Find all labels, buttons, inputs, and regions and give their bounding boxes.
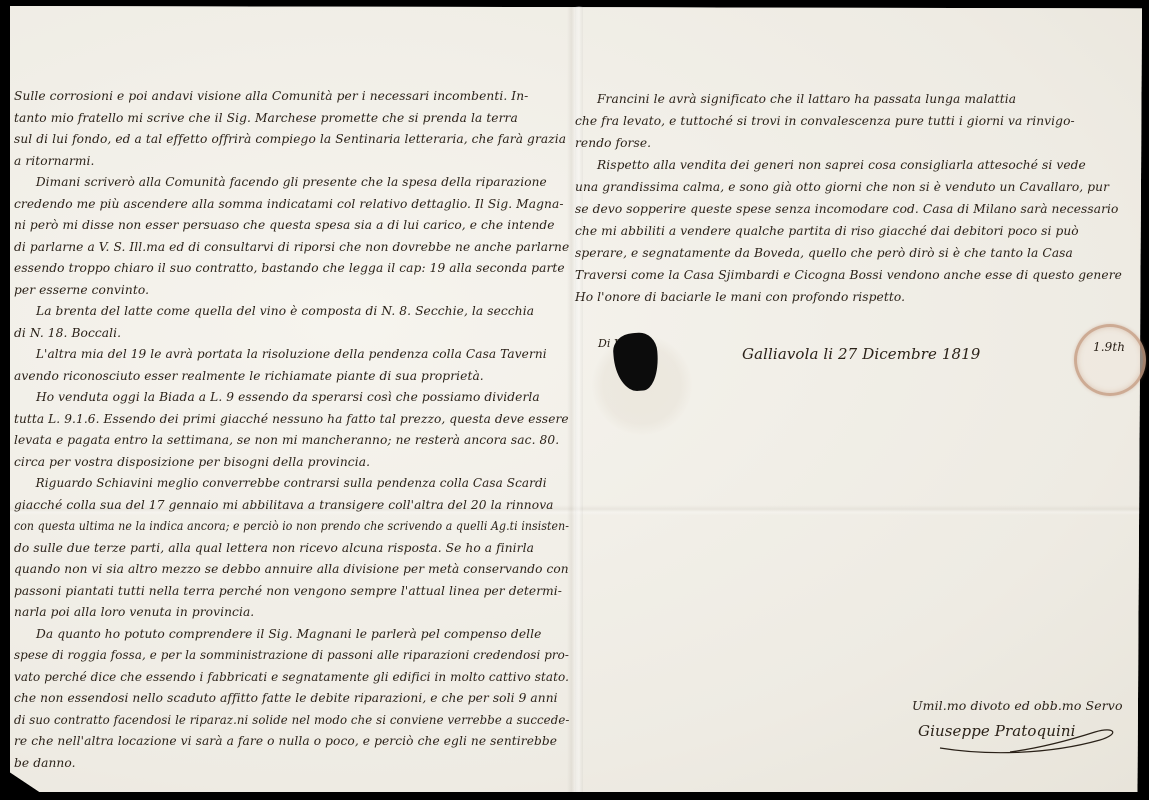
closing-salutation: Umil.mo divoto ed obb.mo Servo — [912, 698, 1123, 713]
ring-annotation: 1.9th — [1093, 340, 1125, 354]
text-line: quando non vi sia altro mezzo se debbo a… — [14, 559, 567, 581]
text-line: rendo forse. — [575, 132, 1130, 154]
text-line: Ho venduta oggi la Biada a L. 9 essendo … — [14, 387, 569, 409]
text-line: L'altra mia del 19 le avrà portata la ri… — [14, 344, 566, 366]
text-line: giacché colla sua del 17 gennaio mi abbi… — [14, 495, 569, 517]
text-line: essendo troppo chiaro il suo contratto, … — [14, 258, 569, 280]
text-line: Riguardo Schiavini meglio converrebbe co… — [14, 473, 560, 495]
text-line: per esserne convinto. — [14, 280, 569, 302]
text-line: che mi abbiliti a vendere qualche partit… — [575, 220, 1130, 242]
right-text-column: Francini le avrà significato che il latt… — [575, 88, 1130, 308]
text-line: levata e pagata entro la settimana, se n… — [14, 430, 569, 452]
text-line: re che nell'altra locazione vi sarà a fa… — [14, 731, 569, 753]
place-and-date: Galliavola li 27 Dicembre 1819 — [742, 345, 980, 363]
text-line: Traversi come la Casa Sjimbardi e Cicogn… — [575, 264, 1130, 286]
text-line: Francini le avrà significato che il latt… — [575, 88, 1130, 110]
text-line: Da quanto ho potuto comprendere il Sig. … — [14, 624, 569, 646]
text-line: Ho l'onore di baciarle le mani con profo… — [575, 286, 1130, 308]
text-line: do sulle due terze parti, alla qual lett… — [14, 538, 569, 560]
text-line: se devo sopperire queste spese senza inc… — [575, 198, 1130, 220]
text-line: Rispetto alla vendita dei generi non sap… — [575, 154, 1130, 176]
text-line: ni però mi disse non esser persuaso che … — [14, 215, 569, 237]
text-line: vato perché dice che essendo i fabbricat… — [14, 667, 559, 689]
text-line: di suo contratto facendosi le riparaz.ni… — [14, 710, 548, 732]
text-line: a ritornarmi. — [14, 151, 569, 173]
text-line: di parlarne a V. S. Ill.ma ed di consult… — [14, 237, 568, 259]
text-line: credendo me più ascendere alla somma ind… — [14, 194, 569, 216]
text-line: di N. 18. Boccali. — [14, 323, 569, 345]
text-line: sperare, e segnatamente da Boveda, quell… — [575, 242, 1130, 264]
text-line: che fra levato, e tuttoché si trovi in c… — [575, 110, 1130, 132]
text-line: Sulle corrosioni e poi andavi visione al… — [14, 86, 569, 108]
text-line: circa per vostra disposizione per bisogn… — [14, 452, 569, 474]
signature-flourish-icon — [930, 718, 1130, 758]
left-text-column: Sulle corrosioni e poi andavi visione al… — [14, 86, 569, 774]
text-line: tanto mio fratello mi scrive che il Sig.… — [14, 108, 569, 130]
text-line: be danno. — [14, 753, 569, 775]
ring-stain-mark — [1074, 324, 1146, 396]
text-line: tutta L. 9.1.6. Essendo dei primi giacch… — [14, 409, 567, 431]
text-line: che non essendosi nello scaduto affitto … — [14, 688, 569, 710]
text-line: avendo riconosciuto esser realmente le r… — [14, 366, 569, 388]
text-line: La brenta del latte come quella del vino… — [14, 301, 569, 323]
text-line: passoni piantati tutti nella terra perch… — [14, 581, 569, 603]
text-line: spese di roggia fossa, e per la somminis… — [14, 645, 553, 667]
text-line: narla poi alla loro venuta in provincia. — [14, 602, 569, 624]
text-line: Dimani scriverò alla Comunità facendo gl… — [14, 172, 565, 194]
text-line: sul di lui fondo, ed a tal effetto offri… — [14, 129, 569, 151]
text-line: con questa ultima ne la indica ancora; e… — [14, 516, 512, 538]
text-line: una grandissima calma, e sono già otto g… — [575, 176, 1130, 198]
